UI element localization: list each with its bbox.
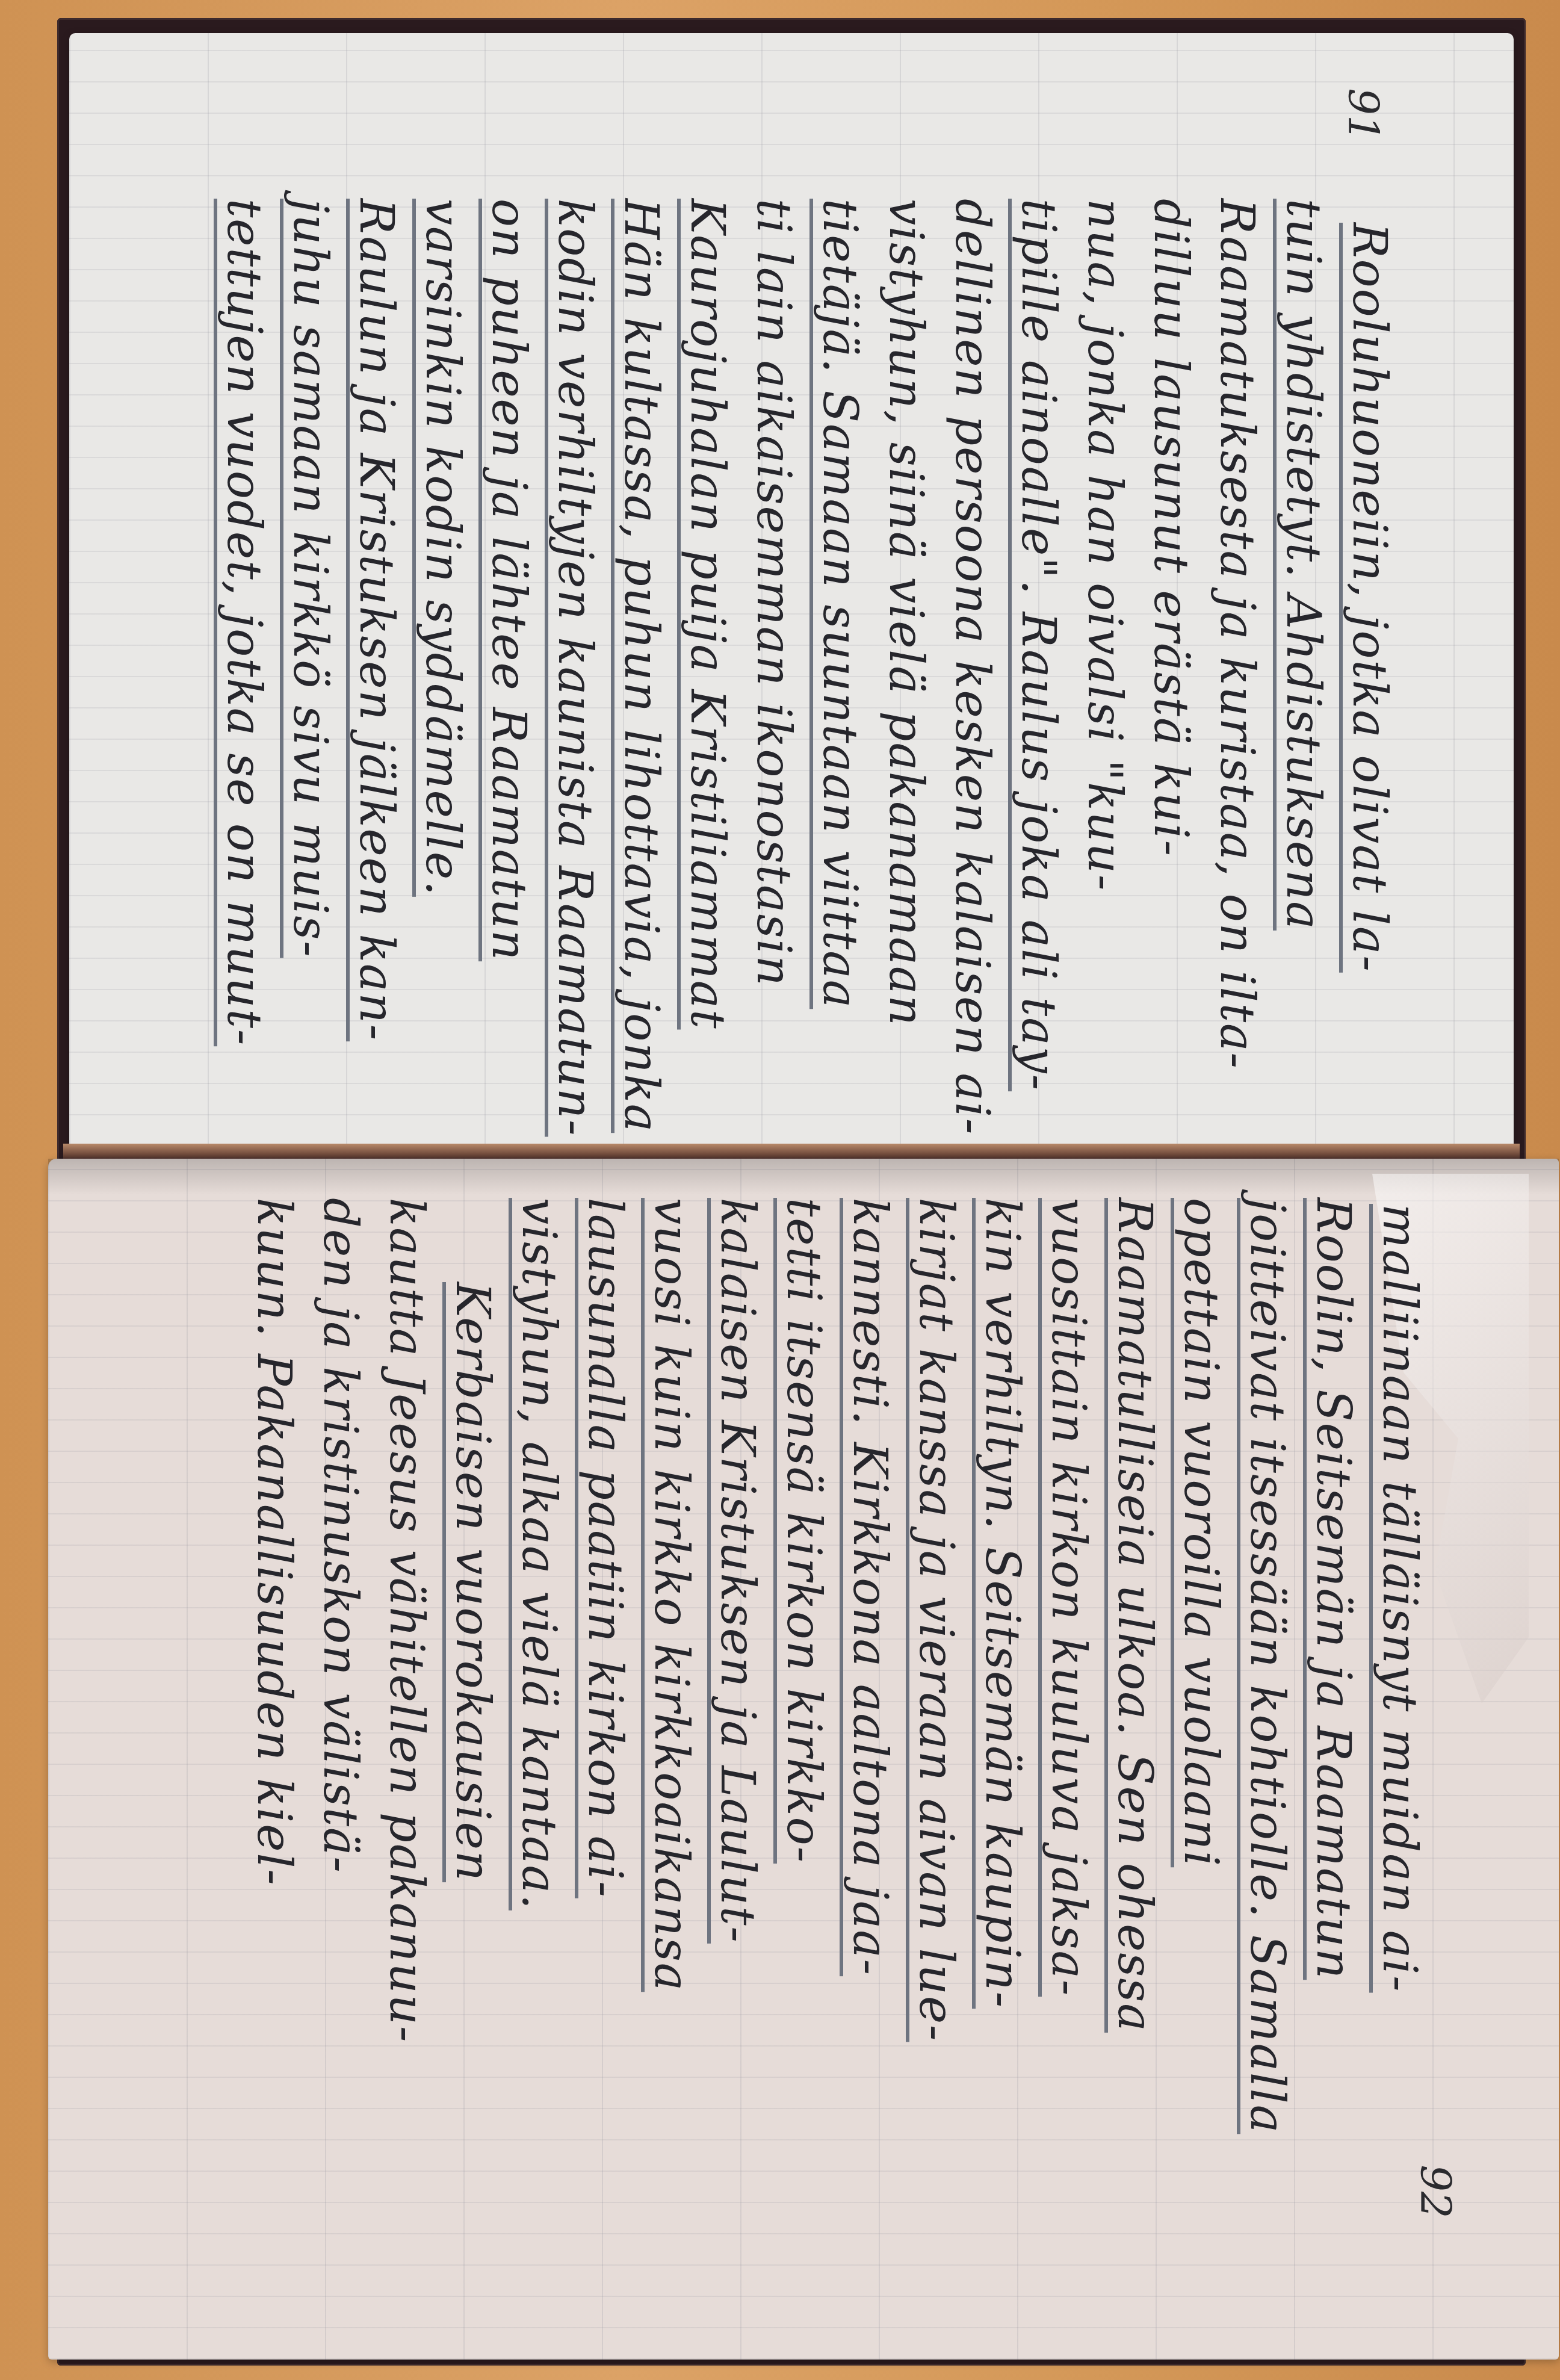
- handwritten-line: Rooluhuoneiin, jotka olivat la-: [1342, 223, 1396, 973]
- handwritten-line: varsinkin kodin syddämelle.: [415, 199, 469, 897]
- handwritten-line: malliinaan tälläisnyt muidan ai-: [1372, 1204, 1426, 1993]
- handwritten-line: dellinen persoona kesken kalaisen ai-: [945, 199, 999, 1135]
- fold-shadow: [48, 1159, 1559, 1195]
- handwritten-line: vuosittain kirkon kuuluva jaksa-: [1041, 1198, 1095, 1997]
- handwritten-line: vistyhun, alkaa vielä kantaa.: [512, 1198, 566, 1911]
- handwritten-line: kodin verhiltyjen kaunista Raamatun-: [548, 199, 602, 1137]
- handwritten-line: Kerbaisen vuorokausien: [445, 1282, 500, 1882]
- handwritten-line: Raamatuksesta ja kuristaa, on ilta-: [1210, 199, 1264, 1070]
- handwritten-line: kalaisen Kristuksen ja Laulut-: [710, 1198, 764, 1944]
- page-number-91: 91: [1339, 88, 1388, 141]
- handwritten-line: vuosi kuin kirkko kirkkoaikansa: [644, 1198, 698, 1992]
- handwritten-line: joitteivat itsessään kohtiolle. Samalla: [1240, 1198, 1294, 2134]
- handwritten-line: lausunalla paatiin kirkon ai-: [578, 1198, 632, 1898]
- handwritten-line: ti lain aikaisemman ikonostasin: [746, 199, 800, 987]
- handwritten-line: kannesti. Kirkkona aaltona jaa-: [843, 1198, 897, 1976]
- handwritten-line: juhu samaan kirkkö sivu muis-: [283, 199, 337, 958]
- handwritten-line: tietäjä. Samaan suuntaan viittaa: [812, 199, 867, 1009]
- handwritten-line: opettain vuoroilla vuolaani: [1174, 1198, 1228, 1867]
- handwritten-line: kautta Jeesus vähitellen pakanuu-: [379, 1198, 433, 2043]
- handwritten-line: tuin yhdistetyt. Ahdistuksena: [1276, 199, 1330, 931]
- handwritten-line: tetti itsensä kirkon kirkko-: [776, 1198, 831, 1864]
- handwritten-line: Roolin, Seitsemän ja Raamatun: [1306, 1198, 1360, 1980]
- handwritten-line: Raulun ja Kristuksen jälkeen kan-: [349, 199, 403, 1041]
- handwritten-line: vistyhun, siinä vielä pakanamaan: [879, 199, 933, 1027]
- handwritten-line: kin verhiltyn. Seitsemän kaupin-: [975, 1198, 1029, 2009]
- page-number-92: 92: [1411, 2165, 1460, 2218]
- handwritten-line: tipille ainoalle". Raulus joka ali tay-: [1011, 199, 1065, 1091]
- handwritten-line: tettujen vuodet, jotka se on muut-: [217, 199, 271, 1046]
- handwritten-line: Raamatulliseia ulkoa. Sen ohessa: [1107, 1198, 1162, 2033]
- handwritten-line: on puheen ja lähtee Raamatun: [481, 199, 536, 961]
- handwritten-line: dilluu lausunut erästä kui-: [1144, 199, 1198, 857]
- handwritten-line: kuun. Pakanallisuuden kiel-: [247, 1198, 301, 1886]
- handwritten-line: nua, jonka han oivalsi "kuu-: [1077, 199, 1131, 891]
- handwritten-line: den ja kristinuskon välistä-: [313, 1198, 367, 1874]
- handwritten-line: kirjat kanssa ja vieraan aivan lue-: [909, 1198, 963, 2042]
- handwritten-line: Kaurojuhalan puija Kristiliammat: [680, 199, 734, 1029]
- handwritten-line: Hän kultassa, puhun lihottavia, jonka: [614, 199, 668, 1133]
